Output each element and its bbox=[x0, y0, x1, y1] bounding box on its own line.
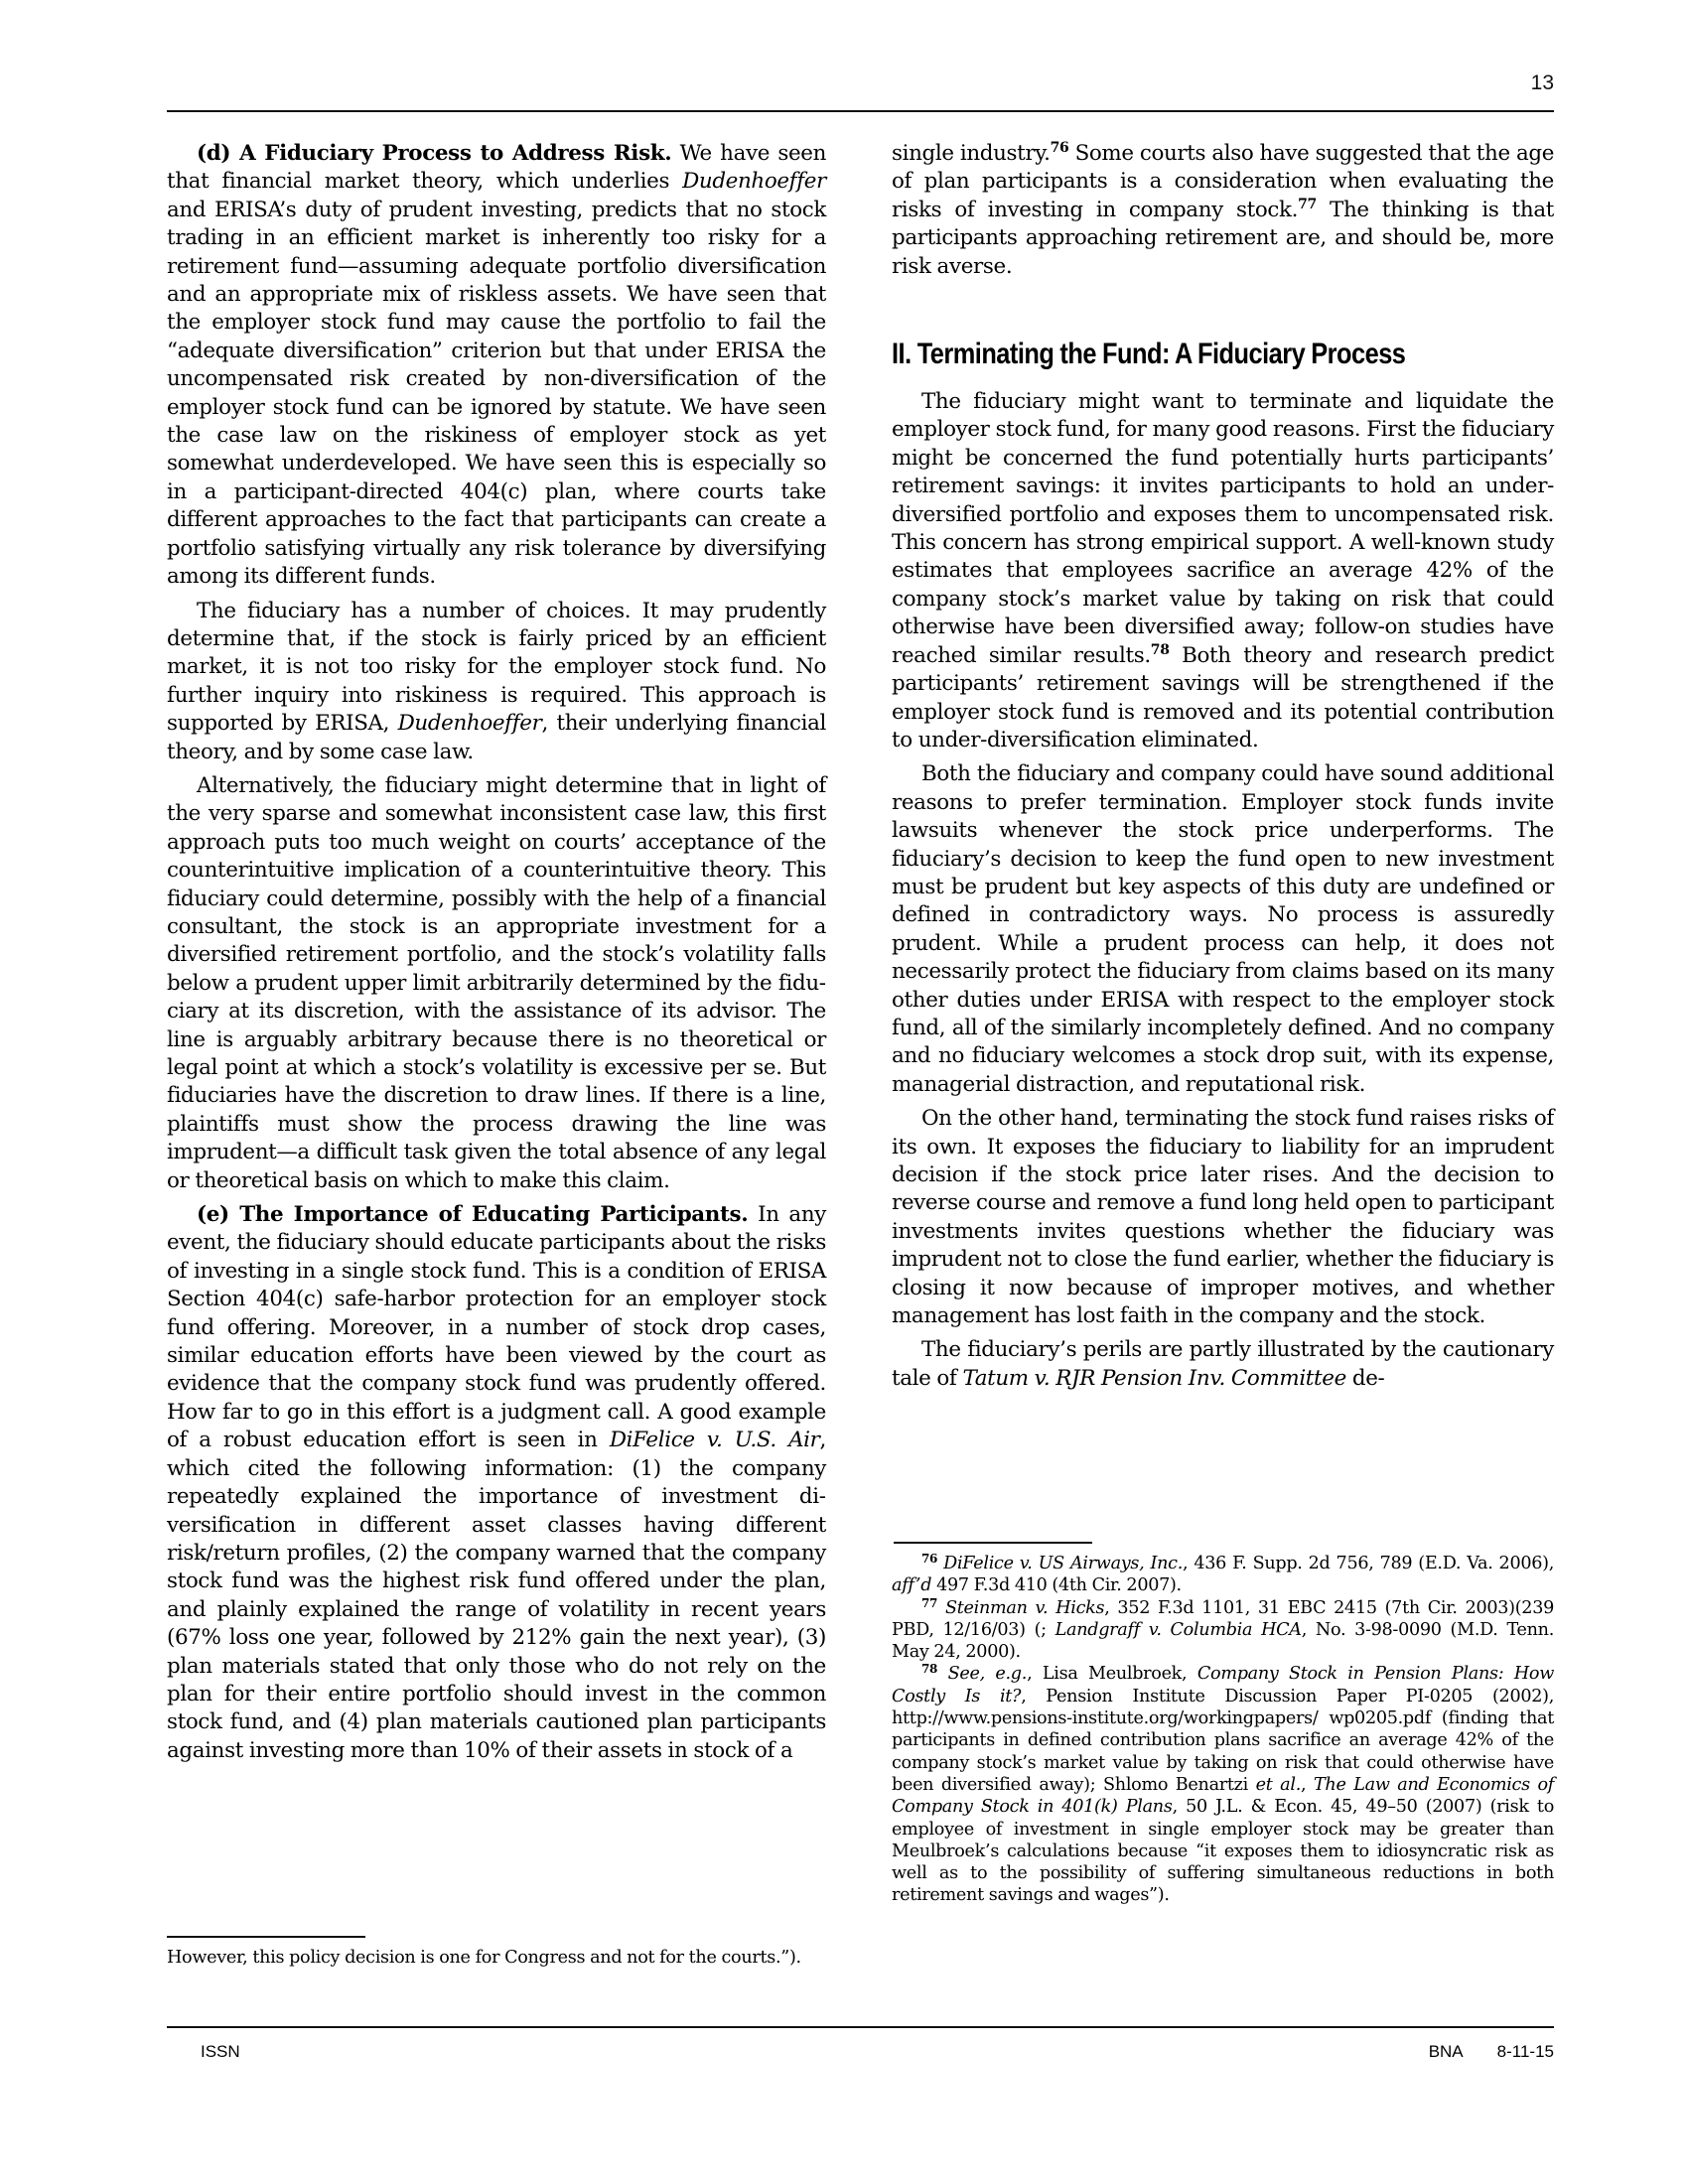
footer-publisher: BNA bbox=[1429, 2042, 1464, 2061]
paragraph-choices: The fiduciary has a number of choices. I… bbox=[167, 598, 826, 766]
right-column: single industry.76 Some courts also have… bbox=[892, 140, 1554, 1399]
footer-publication-info: BNA8-11-15 bbox=[1429, 2042, 1554, 2062]
page-number: 13 bbox=[1531, 71, 1554, 95]
footnote-number: 77 bbox=[921, 1596, 937, 1610]
paragraph-other-hand: On the other hand, terminating the stock… bbox=[892, 1105, 1554, 1330]
section-heading: II. Terminating the Fund: A Fiduciary Pr… bbox=[892, 337, 1462, 372]
footnote-rule-left bbox=[167, 1936, 365, 1938]
footnotes: 76 DiFelice v. US Airways, Inc., 436 F. … bbox=[892, 1553, 1554, 1907]
footer-date: 8-11-15 bbox=[1497, 2042, 1554, 2061]
case-name: Dudenhoeffer bbox=[398, 711, 542, 736]
footnote-continuation-text: However, this policy decision is one for… bbox=[167, 1947, 826, 1969]
case-name: DiFelice v. U.S. Air bbox=[610, 1428, 820, 1452]
footnote-ref-76[interactable]: 76 bbox=[1051, 140, 1069, 156]
subheading-e: (e) The Importance of Educating Particip… bbox=[197, 1202, 748, 1227]
footer-rule bbox=[167, 2026, 1554, 2028]
footnote-ref-77[interactable]: 77 bbox=[1298, 197, 1317, 212]
subheading-d: (d) A Fiduciary Process to Address Risk. bbox=[197, 141, 671, 166]
paragraph-educating: (e) The Importance of Educating Particip… bbox=[167, 1201, 826, 1765]
left-column: (d) A Fiduciary Process to Address Risk.… bbox=[167, 140, 826, 1771]
paragraph-continuation: single industry.76 Some courts also have… bbox=[892, 140, 1554, 281]
case-name: Dudenhoeffer bbox=[682, 169, 826, 194]
footnote-number: 76 bbox=[921, 1552, 937, 1566]
footnote-76: 76 DiFelice v. US Airways, Inc., 436 F. … bbox=[892, 1553, 1554, 1597]
case-name: Tatum v. RJR Pension Inv. Committee bbox=[962, 1366, 1345, 1391]
footnote-continuation: However, this policy decision is one for… bbox=[167, 1947, 826, 1969]
paragraph-terminate: The fiduciary might want to terminate an… bbox=[892, 388, 1554, 754]
header-rule bbox=[167, 110, 1554, 112]
paragraph-perils: The fiduciary’s perils are partly illust… bbox=[892, 1336, 1554, 1393]
paragraph-fiduciary-process: (d) A Fiduciary Process to Address Risk.… bbox=[167, 140, 826, 592]
paragraph-both-reasons: Both the fiduciary and company could hav… bbox=[892, 760, 1554, 1099]
paragraph-alternatively: Alternatively, the fiduciary might deter… bbox=[167, 772, 826, 1195]
footnote-77: 77 Steinman v. Hicks, 352 F.3d 1101, 31 … bbox=[892, 1597, 1554, 1664]
footnote-ref-78[interactable]: 78 bbox=[1151, 642, 1170, 658]
footer-issn: ISSN bbox=[201, 2042, 240, 2062]
footnote-78: 78 See, e.g., Lisa Meulbroek, Company St… bbox=[892, 1663, 1554, 1906]
footnote-number: 78 bbox=[921, 1662, 937, 1676]
footnote-rule-right bbox=[894, 1542, 1092, 1544]
